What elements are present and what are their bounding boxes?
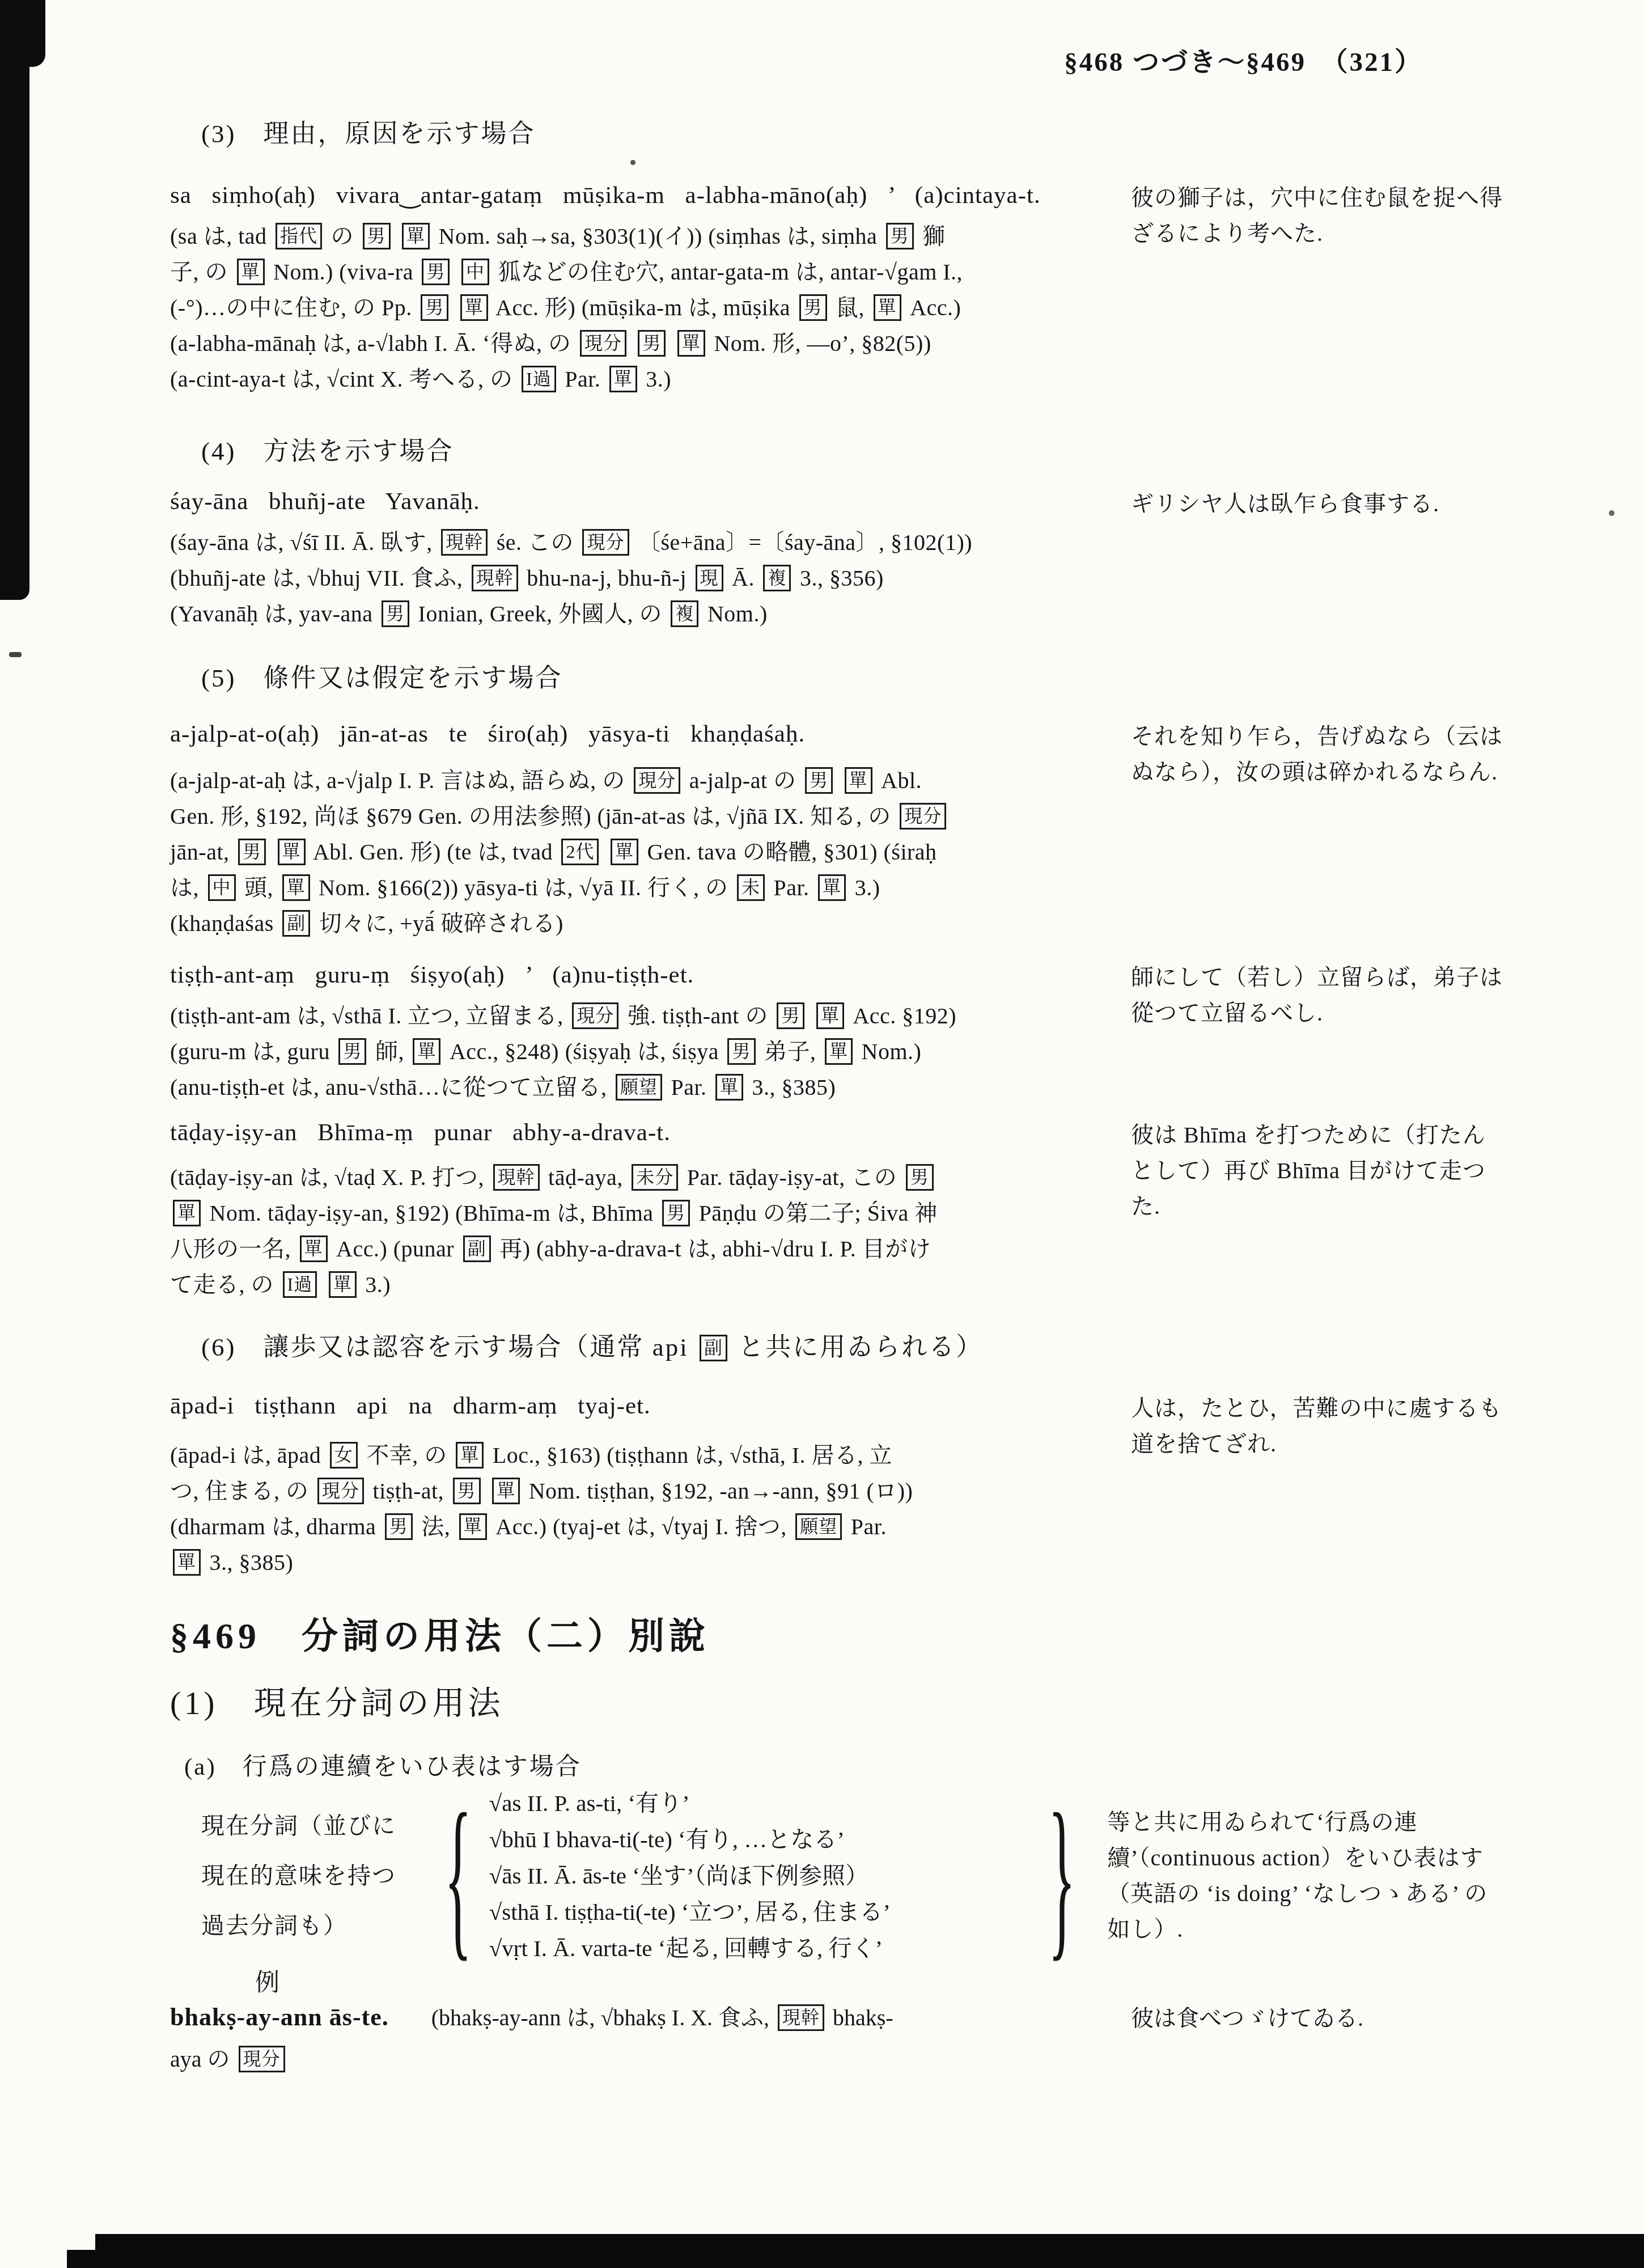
grammar-tag: 男 (422, 259, 450, 285)
scan-edge-bottom-step (67, 2250, 102, 2268)
grammar-tag: 副 (463, 1235, 491, 1262)
section-5-heading: (5) 條件又は假定を示す場合 (170, 661, 1508, 696)
grammar-tag: 單 (492, 1478, 520, 1504)
grammar-tag: 單 (609, 366, 637, 392)
note-line: は, 中 頭, 單 Nom. §166(2)) yāsya-ti は, √yā … (170, 870, 1508, 905)
grammar-tag: 願望 (795, 1513, 842, 1540)
table-label-line: 現在的意味を持つ (201, 1851, 438, 1901)
note-line: jān-at, 男 單 Abl. Gen. 形) (te は, tvad 2代 … (170, 834, 1508, 870)
grammar-tag: 男 (238, 839, 266, 865)
close-brace-glyph: } (1048, 1772, 1075, 1979)
grammar-tag: 複 (763, 565, 791, 591)
verb-item: √vṛt I. Ā. varta-te ‘起る, 回轉する, 行く’ (489, 1930, 1043, 1966)
example-label: 例 (255, 1966, 1508, 2000)
subsection-1-heading: (1) 現在分詞の用法 (170, 1681, 1508, 1727)
grammar-tag: 單 (460, 294, 488, 321)
grammar-tag: 現幹 (493, 1164, 540, 1191)
grammar-tag: 單 (456, 1442, 484, 1469)
grammar-tag: 現幹 (778, 2004, 824, 2031)
sanskrit-example: tiṣṭh-ant-aṃ guru-ṃ śiṣyo(aḥ) ’ (a)nu-ti… (170, 958, 1128, 992)
japanese-gloss: 彼の獅子は，穴中に住む鼠を捉へ得ざるにより考へた. (1131, 180, 1505, 251)
grammar-tag: 女 (330, 1442, 358, 1469)
open-brace-glyph: { (444, 1772, 472, 1979)
grammar-tag: 男 (805, 767, 833, 794)
grammar-tag: 男 (382, 600, 409, 627)
grammar-tag: 指代 (276, 223, 322, 249)
table-label-line: 過去分詞も） (201, 1901, 438, 1950)
scanned-book-page: { "header": "§468 つづき〜§469 （321）", "s3":… (0, 0, 1644, 2268)
grammar-tag: 願望 (616, 1074, 662, 1101)
grammar-tag: 中 (461, 259, 489, 285)
japanese-gloss: 師にして（若し）立留らば，弟子は從つて立留るべし. (1131, 959, 1505, 1031)
note-line: 八形の一名, 單 Acc.) (punar 副 再) (abhy-a-drava… (170, 1231, 1508, 1267)
japanese-gloss: 彼は食べつゞけてゐる. (1131, 2000, 1505, 2036)
grammar-tag: 男 (777, 1002, 804, 1029)
sanskrit-example: āpad-i tiṣṭhann api na dharm-aṃ tyaj-et. (170, 1389, 1128, 1423)
grammar-tag: 單 (282, 874, 310, 901)
grammar-tag: 單 (278, 839, 306, 865)
note-line: て走る, の I過 單 3.) (170, 1267, 1508, 1302)
note-line: (a-labha-mānaḥ は, a-√labh I. Ā. ‘得ぬ, の 現… (170, 325, 1508, 361)
grammar-tag: 男 (799, 294, 827, 321)
grammar-tag: 現 (696, 565, 723, 591)
grammar-tag: 現分 (582, 529, 629, 556)
grammar-tag: 現幹 (441, 529, 488, 556)
scan-speck (9, 652, 22, 657)
grammar-tag: 單 (874, 294, 901, 321)
page-header: §468 つづき〜§469 （321） (170, 45, 1508, 79)
section-4-heading: (4) 方法を示す場合 (170, 434, 1508, 469)
grammar-tag: 現幹 (472, 565, 518, 591)
example-row: śay-āna bhuñj-ate Yavanāḥ. ギリシヤ人は臥乍ら食事する… (170, 485, 1508, 519)
verb-item: √bhū I bhava-ti(-te) ‘有り, …となる’ (489, 1821, 1043, 1857)
grammar-tag: 男 (638, 330, 666, 357)
note-line: (Yavanāḥ は, yav-ana 男 Ionian, Greek, 外國人… (170, 596, 1508, 632)
grammar-tag: 男 (385, 1513, 413, 1540)
grammar-tag: 單 (818, 874, 846, 901)
note-line: (a-cint-aya-t は, √cint X. 考へる, の I過 Par.… (170, 361, 1508, 397)
sanskrit-example: tāḍay-iṣy-an Bhīma-ṃ punar abhy-a-drava-… (170, 1116, 1128, 1150)
example-row: tāḍay-iṣy-an Bhīma-ṃ punar abhy-a-drava-… (170, 1116, 1508, 1150)
grammar-tag: 男 (906, 1164, 934, 1191)
table-explanation: 等と共に用ゐられて‘行爲の連續’（continuous action）をいひ表は… (1082, 1785, 1508, 1966)
note-line: (anu-tiṣṭh-et は, anu-√sthā…に從つて立留る, 願望 P… (170, 1069, 1508, 1105)
verb-item: √ās II. Ā. ās-te ‘坐す’（尚ほ下例参照） (489, 1857, 1043, 1894)
japanese-gloss: 彼は Bhīma を打つために（打たんとして）再び Bhīma 目がけて走つた. (1131, 1117, 1505, 1224)
grammar-tag: 現分 (580, 330, 626, 357)
note-line: (khaṇḍaśas 副 切々に, +yā́ 破碎される) (170, 905, 1508, 941)
scan-edge-left (0, 0, 29, 600)
note-line: (guru-m は, guru 男 師, 單 Acc., §248) (śiṣy… (170, 1034, 1508, 1069)
grammar-tag: 單 (402, 223, 430, 249)
grammar-tag: 單 (173, 1200, 201, 1226)
japanese-gloss: 人は，たとひ，苦難の中に處するも道を捨てざれ. (1131, 1390, 1505, 1462)
verb-item: √as II. P. as-ti, ‘有り’ (489, 1785, 1043, 1821)
example-row: a-jalp-at-o(aḥ) jān-at-as te śiro(aḥ) yā… (170, 717, 1508, 751)
sanskrit-example-bold: bhakṣ-ay-ann ās-te. (170, 2003, 389, 2031)
note-line: (śay-āna は, √śī II. Ā. 臥す, 現幹 śe. この 現分 … (170, 524, 1508, 560)
verb-item: √sthā I. tiṣṭha-ti(-te) ‘立つ’, 居る, 住まる’ (489, 1894, 1043, 1930)
scan-edge-left-top (0, 0, 45, 67)
note-line: Gen. 形, §192, 尚ほ §679 Gen. の用法参照) (jān-a… (170, 798, 1508, 834)
section-469-title: §469 分詞の用法（二）別說 (170, 1610, 1508, 1662)
grammar-tag: 未 (737, 874, 765, 901)
grammar-tag: 現分 (239, 2046, 285, 2072)
grammar-tag: 男 (662, 1200, 690, 1226)
grammar-tag: I過 (283, 1271, 317, 1298)
grammar-tag: I過 (522, 366, 556, 392)
note-line: aya の 現分 (170, 2042, 1508, 2076)
grammar-tag: 複 (671, 600, 698, 627)
grammar-tag: 2代 (561, 839, 599, 865)
grammar-tag: 現分 (317, 1478, 364, 1504)
note-line: (bhakṣ-ay-ann は, √bhakṣ I. X. 食ふ, 現幹 bha… (431, 2005, 893, 2030)
grammar-tag: 男 (363, 223, 391, 249)
close-brace: } (1042, 1785, 1082, 1966)
subsection-a-heading: (a) 行爲の連續をいひ表はす場合 (170, 1749, 1508, 1785)
note-line: (bhuñj-ate は, √bhuj VII. 食ふ, 現幹 bhu-na-j… (170, 560, 1508, 596)
section-6-heading: (6) 讓歩又は認容を示す場合（通常 api 副 と共に用ゐられる） (170, 1330, 1508, 1365)
grammar-tag: 單 (413, 1038, 440, 1065)
grammar-tag: 單 (611, 839, 638, 865)
table-label: 現在分詞（並びに 現在的意味を持つ 過去分詞も） (170, 1785, 438, 1966)
grammar-tag: 現分 (572, 1002, 618, 1029)
scan-speck (1609, 510, 1615, 516)
grammar-tag: 單 (459, 1513, 487, 1540)
grammar-tag: 副 (700, 1335, 727, 1361)
example-row: tiṣṭh-ant-aṃ guru-ṃ śiṣyo(aḥ) ’ (a)nu-ti… (170, 958, 1508, 992)
grammar-tag: 單 (845, 767, 872, 794)
note-line: 子, の 單 Nom.) (viva-ra 男 中 狐などの住む穴, antar… (170, 254, 1508, 290)
grammar-tag: 副 (282, 910, 310, 937)
grammar-tag: 單 (816, 1002, 844, 1029)
grammar-tag: 單 (173, 1549, 201, 1576)
page-content: §468 つづき〜§469 （321） (3) 理由，原因を示す場合 sa si… (170, 45, 1508, 2076)
grammar-tag: 男 (886, 223, 914, 249)
grammar-tag: 單 (300, 1235, 328, 1262)
note-line: (dharmam は, dharma 男 法, 單 Acc.) (tyaj-et… (170, 1509, 1508, 1545)
example-row: āpad-i tiṣṭhann api na dharm-aṃ tyaj-et.… (170, 1389, 1508, 1423)
note-line: (-°)…の中に住む, の Pp. 男 單 Acc. 形) (mūṣika-m … (170, 290, 1508, 325)
scan-edge-bottom (95, 2234, 1644, 2268)
final-example-row: bhakṣ-ay-ann ās-te.(bhakṣ-ay-ann は, √bha… (170, 2000, 1508, 2040)
grammar-tag: 中 (208, 874, 236, 901)
sanskrit-example: a-jalp-at-o(aḥ) jān-at-as te śiro(aḥ) yā… (170, 717, 1128, 751)
sanskrit-example: sa siṃho(aḥ) vivara‿antar-gataṃ mūṣika-m… (170, 179, 1128, 213)
grammar-tag: 單 (715, 1074, 743, 1101)
note-line: つ, 住まる, の 現分 tiṣṭh-at, 男 單 Nom. tiṣṭhan,… (170, 1473, 1508, 1509)
table-label-line: 現在分詞（並びに (201, 1801, 438, 1851)
grammar-tag: 男 (727, 1038, 755, 1065)
grammar-tag: 現分 (634, 767, 680, 794)
section-3-heading: (3) 理由，原因を示す場合 (170, 116, 1508, 152)
open-brace: { (438, 1785, 478, 1966)
japanese-gloss: それを知り乍ら，告げぬなら（云はぬなら），汝の頭は碎かれるならん. (1131, 718, 1505, 790)
participle-verb-table: 現在分詞（並びに 現在的意味を持つ 過去分詞も） { √as II. P. as… (170, 1785, 1508, 1966)
grammar-tag: 現分 (900, 803, 946, 830)
grammar-tag: 單 (825, 1038, 853, 1065)
grammar-tag: 單 (237, 259, 265, 285)
grammar-tag: 單 (677, 330, 705, 357)
grammar-tag: 男 (453, 1478, 481, 1504)
verb-list: √as II. P. as-ti, ‘有り’ √bhū I bhava-ti(-… (478, 1785, 1043, 1966)
grammar-tag: 男 (421, 294, 448, 321)
parse-notes: (śay-āna は, √śī II. Ā. 臥す, 現幹 śe. この 現分 … (170, 524, 1508, 632)
note-line: 單 3., §385) (170, 1545, 1508, 1580)
japanese-gloss: ギリシヤ人は臥乍ら食事する. (1131, 486, 1505, 522)
example-row: sa siṃho(aḥ) vivara‿antar-gataṃ mūṣika-m… (170, 179, 1508, 213)
grammar-tag: 男 (338, 1038, 366, 1065)
grammar-tag: 未分 (632, 1164, 678, 1191)
sanskrit-example: śay-āna bhuñj-ate Yavanāḥ. (170, 485, 1128, 519)
grammar-tag: 單 (329, 1271, 357, 1298)
